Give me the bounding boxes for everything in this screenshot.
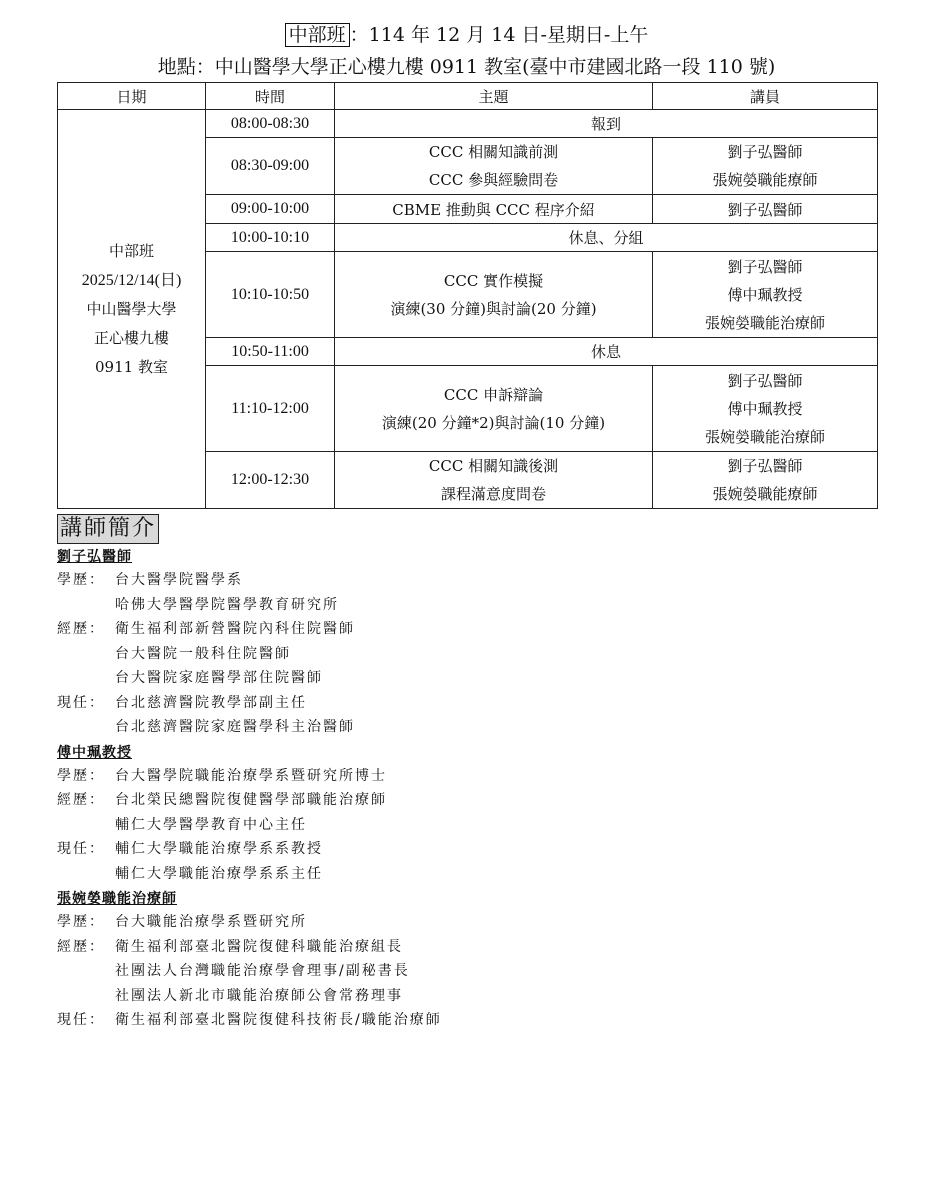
bio-line: 台大醫學院醫學系 — [115, 568, 339, 593]
topic-line: 演練(20 分鐘*2)與討論(10 分鐘) — [335, 409, 652, 437]
topic-line: CCC 相關知識前測 — [335, 138, 652, 166]
lecturer-line: 劉子弘醫師 — [653, 138, 877, 166]
lecturer-cell: 劉子弘醫師 張婉嫈職能療師 — [653, 138, 878, 195]
topic-cell: CCC 實作模擬 演練(30 分鐘)與討論(20 分鐘) — [335, 252, 653, 338]
bio-line: 社團法人台灣職能治療學會理事/副秘書長 — [115, 959, 410, 984]
time-cell: 08:00-08:30 — [206, 110, 335, 138]
bios-heading: 講師簡介 — [57, 514, 159, 544]
time-cell: 10:00-10:10 — [206, 224, 335, 252]
lecturer-bio: 張婉嫈職能治療師 學歷： 台大職能治療學系暨研究所 經歷： 衛生福利部臺北醫院復… — [57, 886, 877, 1033]
date-cell-line: 0911 教室 — [58, 353, 205, 382]
bio-line: 輔仁大學職能治療學系系教授 — [115, 837, 323, 862]
bio-current: 現任： 台北慈濟醫院教學部副主任 台北慈濟醫院家庭醫學科主治醫師 — [57, 691, 877, 740]
time-cell: 12:00-12:30 — [206, 452, 335, 509]
lecturer-line: 張婉嫈職能治療師 — [653, 309, 877, 337]
date-cell-line: 中部班 — [58, 237, 205, 266]
location-line: 地點：中山醫學大學正心樓九樓 0911 教室(臺中市建國北路一段 110 號) — [0, 54, 933, 80]
bio-label: 現任： — [57, 1008, 115, 1033]
column-header-lecturer: 講員 — [653, 83, 878, 110]
topic-cell-merged: 休息 — [335, 338, 878, 366]
date-cell-line: 正心樓九樓 — [58, 324, 205, 353]
lecturer-bio: 劉子弘醫師 學歷： 台大醫學院醫學系 哈佛大學醫學院醫學教育研究所 經歷： 衛生… — [57, 544, 877, 740]
bio-line: 台大醫院一般科住院醫師 — [115, 642, 355, 667]
bio-education: 學歷： 台大職能治療學系暨研究所 — [57, 910, 877, 935]
lecturer-line: 張婉嫈職能療師 — [653, 480, 877, 508]
bio-line: 哈佛大學醫學院醫學教育研究所 — [115, 593, 339, 618]
bio-line: 台大職能治療學系暨研究所 — [115, 910, 307, 935]
lecturer-name: 傅中珮教授 — [57, 742, 132, 764]
lecturer-cell: 劉子弘醫師 傅中珮教授 張婉嫈職能治療師 — [653, 366, 878, 452]
column-header-date: 日期 — [58, 83, 206, 110]
lecturer-line: 張婉嫈職能療師 — [653, 166, 877, 194]
bio-line: 衛生福利部新營醫院內科住院醫師 — [115, 617, 355, 642]
date-cell: 中部班 2025/12/14(日) 中山醫學大學 正心樓九樓 0911 教室 — [58, 110, 206, 509]
bio-education: 學歷： 台大醫學院醫學系 哈佛大學醫學院醫學教育研究所 — [57, 568, 877, 617]
lecturer-line: 張婉嫈職能治療師 — [653, 423, 877, 451]
lecturer-bios-section: 講師簡介 劉子弘醫師 學歷： 台大醫學院醫學系 哈佛大學醫學院醫學教育研究所 經… — [57, 514, 877, 1033]
bio-label: 學歷： — [57, 568, 115, 617]
lecturer-bio: 傅中珮教授 學歷： 台大醫學院職能治療學系暨研究所博士 經歷： 台北榮民總醫院復… — [57, 740, 877, 887]
bio-line: 台北慈濟醫院家庭醫學科主治醫師 — [115, 715, 355, 740]
lecturer-line: 劉子弘醫師 — [653, 452, 877, 480]
time-cell: 11:10-12:00 — [206, 366, 335, 452]
bio-label: 現任： — [57, 837, 115, 886]
topic-line: CCC 參與經驗問卷 — [335, 166, 652, 194]
bio-label: 經歷： — [57, 788, 115, 837]
topic-cell-merged: 休息、分組 — [335, 224, 878, 252]
topic-cell: CBME 推動與 CCC 程序介紹 — [335, 195, 653, 224]
schedule-table: 日期 時間 主題 講員 中部班 2025/12/14(日) 中山醫學大學 正心樓… — [57, 82, 878, 509]
topic-line: 演練(30 分鐘)與討論(20 分鐘) — [335, 295, 652, 323]
lecturer-cell: 劉子弘醫師 傅中珮教授 張婉嫈職能治療師 — [653, 252, 878, 338]
bio-line: 社團法人新北市職能治療師公會常務理事 — [115, 984, 410, 1009]
column-header-time: 時間 — [206, 83, 335, 110]
topic-line: 課程滿意度問卷 — [335, 480, 652, 508]
topic-cell: CCC 申訴辯論 演練(20 分鐘*2)與討論(10 分鐘) — [335, 366, 653, 452]
bio-label: 學歷： — [57, 910, 115, 935]
date-cell-line: 中山醫學大學 — [58, 295, 205, 324]
time-cell: 08:30-09:00 — [206, 138, 335, 195]
time-cell: 09:00-10:00 — [206, 195, 335, 224]
lecturer-line: 傅中珮教授 — [653, 395, 877, 423]
bio-line: 台北榮民總醫院復健醫學部職能治療師 — [115, 788, 387, 813]
bio-label: 現任： — [57, 691, 115, 740]
date-cell-line: 2025/12/14(日) — [58, 266, 205, 295]
table-header-row: 日期 時間 主題 講員 — [58, 83, 878, 110]
bio-experience: 經歷： 衛生福利部新營醫院內科住院醫師 台大醫院一般科住院醫師 台大醫院家庭醫學… — [57, 617, 877, 691]
bio-label: 學歷： — [57, 764, 115, 789]
bio-current: 現任： 輔仁大學職能治療學系系教授 輔仁大學職能治療學系系主任 — [57, 837, 877, 886]
topic-line: CCC 相關知識後測 — [335, 452, 652, 480]
lecturer-cell: 劉子弘醫師 — [653, 195, 878, 224]
bio-current: 現任： 衛生福利部臺北醫院復健科技術長/職能治療師 — [57, 1008, 877, 1033]
topic-line: CCC 申訴辯論 — [335, 381, 652, 409]
session-date: ：114 年 12 月 14 日-星期日-上午 — [350, 24, 649, 46]
time-cell: 10:10-10:50 — [206, 252, 335, 338]
bio-line: 輔仁大學職能治療學系系主任 — [115, 862, 323, 887]
bio-line: 台大醫院家庭醫學部住院醫師 — [115, 666, 355, 691]
class-label-box: 中部班 — [285, 23, 350, 47]
topic-line: CCC 實作模擬 — [335, 267, 652, 295]
lecturer-line: 劉子弘醫師 — [653, 367, 877, 395]
bio-experience: 經歷： 衛生福利部臺北醫院復健科職能治療組長 社團法人台灣職能治療學會理事/副秘… — [57, 935, 877, 1009]
table-row: 中部班 2025/12/14(日) 中山醫學大學 正心樓九樓 0911 教室 0… — [58, 110, 878, 138]
bio-line: 衛生福利部臺北醫院復健科技術長/職能治療師 — [115, 1008, 442, 1033]
bio-education: 學歷： 台大醫學院職能治療學系暨研究所博士 — [57, 764, 877, 789]
lecturer-line: 劉子弘醫師 — [653, 253, 877, 281]
bio-line: 台北慈濟醫院教學部副主任 — [115, 691, 355, 716]
session-title: 中部班：114 年 12 月 14 日-星期日-上午 — [0, 22, 933, 48]
bio-line: 台大醫學院職能治療學系暨研究所博士 — [115, 764, 387, 789]
column-header-topic: 主題 — [335, 83, 653, 110]
lecturer-name: 張婉嫈職能治療師 — [57, 888, 177, 910]
topic-cell: CCC 相關知識前測 CCC 參與經驗問卷 — [335, 138, 653, 195]
lecturer-cell: 劉子弘醫師 張婉嫈職能療師 — [653, 452, 878, 509]
topic-cell-merged: 報到 — [335, 110, 878, 138]
lecturer-line: 傅中珮教授 — [653, 281, 877, 309]
topic-cell: CCC 相關知識後測 課程滿意度問卷 — [335, 452, 653, 509]
bio-label: 經歷： — [57, 935, 115, 1009]
bio-experience: 經歷： 台北榮民總醫院復健醫學部職能治療師 輔仁大學醫學教育中心主任 — [57, 788, 877, 837]
bio-label: 經歷： — [57, 617, 115, 691]
time-cell: 10:50-11:00 — [206, 338, 335, 366]
bio-line: 衛生福利部臺北醫院復健科職能治療組長 — [115, 935, 410, 960]
lecturer-name: 劉子弘醫師 — [57, 546, 132, 568]
bio-line: 輔仁大學醫學教育中心主任 — [115, 813, 387, 838]
